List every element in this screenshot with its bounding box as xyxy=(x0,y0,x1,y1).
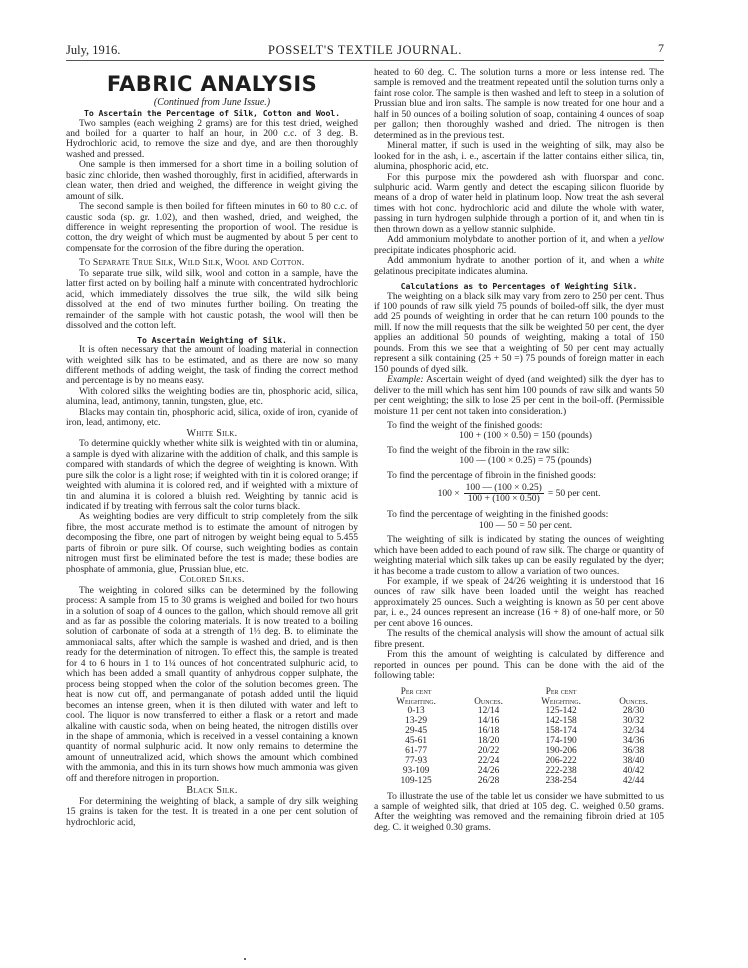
paragraph: For example, if we speak of 24/26 weight… xyxy=(374,577,664,629)
table-cell: 32/34 xyxy=(603,726,664,736)
table-cell: 16/18 xyxy=(458,726,519,736)
table-cell: 61-77 xyxy=(374,746,458,756)
table-cell: 28/30 xyxy=(603,706,664,716)
paragraph: Blacks may contain tin, phosphoric acid,… xyxy=(66,408,358,429)
table-cell: 13-29 xyxy=(374,716,458,726)
column-header: Ounces. xyxy=(603,696,664,706)
paragraph: For this purpose mix the powdered ash wi… xyxy=(374,173,664,236)
table-cell: 22/24 xyxy=(458,756,519,766)
table-row: 0-1312/14125-14228/30 xyxy=(374,706,664,716)
table-cell: 20/22 xyxy=(458,746,519,756)
table-cell: 142-158 xyxy=(519,716,603,726)
paragraph: It is often necessary that the amount of… xyxy=(66,345,358,387)
denominator: 100 + (100 × 0.50) xyxy=(466,494,542,504)
table-cell: 174-190 xyxy=(519,736,603,746)
paragraph: Add ammonium hydrate to another portion … xyxy=(374,256,664,277)
table-row: 61-7720/22190-20636/38 xyxy=(374,746,664,756)
paragraph: The results of the chemical analysis wil… xyxy=(374,629,664,650)
table-cell: 158-174 xyxy=(519,726,603,736)
section-heading: To Ascertain the Percentage of Silk, Cot… xyxy=(66,108,358,119)
paragraph: One sample is then immersed for a short … xyxy=(66,160,358,202)
table-row: 13-2914/16142-15830/32 xyxy=(374,716,664,726)
table-row: 109-12526/28238-25442/44 xyxy=(374,776,664,786)
table-cell: 26/28 xyxy=(458,776,519,786)
equation-prefix: 100 × xyxy=(438,489,460,499)
table-body: 0-1312/14125-14228/3013-2914/16142-15830… xyxy=(374,706,664,786)
column-header xyxy=(603,686,664,696)
paragraph: To separate true silk, wild silk, wool a… xyxy=(66,269,358,332)
table-cell: 34/36 xyxy=(603,736,664,746)
table-cell: 14/16 xyxy=(458,716,519,726)
paragraph: Two samples (each weighing 2 grams) are … xyxy=(66,119,358,161)
equation-result: = 50 per cent. xyxy=(548,489,601,499)
table-row: 29-4516/18158-17432/34 xyxy=(374,726,664,736)
page-header: July, 1916. POSSELT'S TEXTILE JOURNAL. 7 xyxy=(66,40,664,61)
column-header: Per cent xyxy=(519,686,603,696)
text-span: Add ammonium molybdate to another portio… xyxy=(387,234,639,245)
paragraph: To illustrate the use of the table let u… xyxy=(374,792,664,834)
column-header: Per cent xyxy=(374,686,458,696)
column-header: Weighting. xyxy=(374,696,458,706)
table-cell: 40/42 xyxy=(603,766,664,776)
paragraph: heated to 60 deg. C. The solution turns … xyxy=(374,68,664,141)
table-cell: 24/26 xyxy=(458,766,519,776)
weighting-table: Per cent Per cent Weighting. Ounces. Wei… xyxy=(374,686,664,786)
table-cell: 93-109 xyxy=(374,766,458,776)
paragraph: From this the amount of weighting is cal… xyxy=(374,650,664,681)
paragraph: Example: Ascertain weight of dyed (and w… xyxy=(374,375,664,417)
column-header: Weighting. xyxy=(519,696,603,706)
table-cell: 190-206 xyxy=(519,746,603,756)
table-cell: 222-238 xyxy=(519,766,603,776)
column-header: Ounces. xyxy=(458,696,519,706)
emphasis: white xyxy=(643,255,664,266)
paragraph: The weighting in colored silks can be de… xyxy=(66,586,358,785)
journal-title: POSSELT'S TEXTILE JOURNAL. xyxy=(66,43,664,58)
page-number: 7 xyxy=(658,41,664,56)
right-column: heated to 60 deg. C. The solution turns … xyxy=(374,68,664,833)
table-cell: 42/44 xyxy=(603,776,664,786)
paragraph: Mineral matter, if such is used in the w… xyxy=(374,141,664,172)
emphasis: yellow xyxy=(639,234,664,245)
equation: 100 + (100 × 0.50) = 150 (pounds) xyxy=(374,431,664,441)
article-title: FABRIC ANALYSIS xyxy=(66,72,358,96)
table-cell: 38/40 xyxy=(603,756,664,766)
table-cell: 125-142 xyxy=(519,706,603,716)
table-cell: 0-13 xyxy=(374,706,458,716)
table-row: 45-6118/20174-19034/36 xyxy=(374,736,664,746)
table-cell: 29-45 xyxy=(374,726,458,736)
paragraph: Add ammonium molybdate to another portio… xyxy=(374,235,664,256)
table-header-row: Weighting. Ounces. Weighting. Ounces. xyxy=(374,696,664,706)
fraction: 100 — (100 × 0.25) 100 + (100 × 0.50) xyxy=(464,483,544,504)
paragraph: With colored silks the weighting bodies … xyxy=(66,387,358,408)
paragraph: The second sample is then boiled for fif… xyxy=(66,202,358,254)
paragraph: The weighting of silk is indicated by st… xyxy=(374,535,664,577)
emphasis: Example: xyxy=(387,374,424,385)
table-cell: 36/38 xyxy=(603,746,664,756)
text-span: precipitate indicates phosphoric acid. xyxy=(374,245,516,256)
table-row: 93-10924/26222-23840/42 xyxy=(374,766,664,776)
print-speck xyxy=(244,958,246,960)
paragraph: To determine quickly whether white silk … xyxy=(66,439,358,512)
table-cell: 238-254 xyxy=(519,776,603,786)
calc-label: To find the percentage of fibroin in the… xyxy=(374,471,664,481)
table-cell: 45-61 xyxy=(374,736,458,746)
paragraph: For determining the weighting of black, … xyxy=(66,797,358,828)
text-span: Add ammonium hydrate to another portion … xyxy=(387,255,643,266)
table-cell: 30/32 xyxy=(603,716,664,726)
paragraph: As weighting bodies are very difficult t… xyxy=(66,512,358,575)
equation: 100 — 50 = 50 per cent. xyxy=(374,521,664,531)
table-header-row: Per cent Per cent xyxy=(374,686,664,696)
fraction-equation: 100 × 100 — (100 × 0.25) 100 + (100 × 0.… xyxy=(374,483,664,504)
table-cell: 12/14 xyxy=(458,706,519,716)
article-subtitle: (Continued from June Issue.) xyxy=(66,97,358,108)
equation: 100 — (100 × 0.25) = 75 (pounds) xyxy=(374,456,664,466)
table-cell: 77-93 xyxy=(374,756,458,766)
text-span: gelatinous precipitate indicates alumina… xyxy=(374,266,528,277)
table-cell: 109-125 xyxy=(374,776,458,786)
paragraph: The weighting on a black silk may vary f… xyxy=(374,292,664,376)
table-cell: 18/20 xyxy=(458,736,519,746)
section-heading: Calculations as to Percentages of Weight… xyxy=(374,281,664,292)
left-column: FABRIC ANALYSIS (Continued from June Iss… xyxy=(66,66,358,828)
table-cell: 206-222 xyxy=(519,756,603,766)
column-header xyxy=(458,686,519,696)
table-row: 77-9322/24206-22238/40 xyxy=(374,756,664,766)
